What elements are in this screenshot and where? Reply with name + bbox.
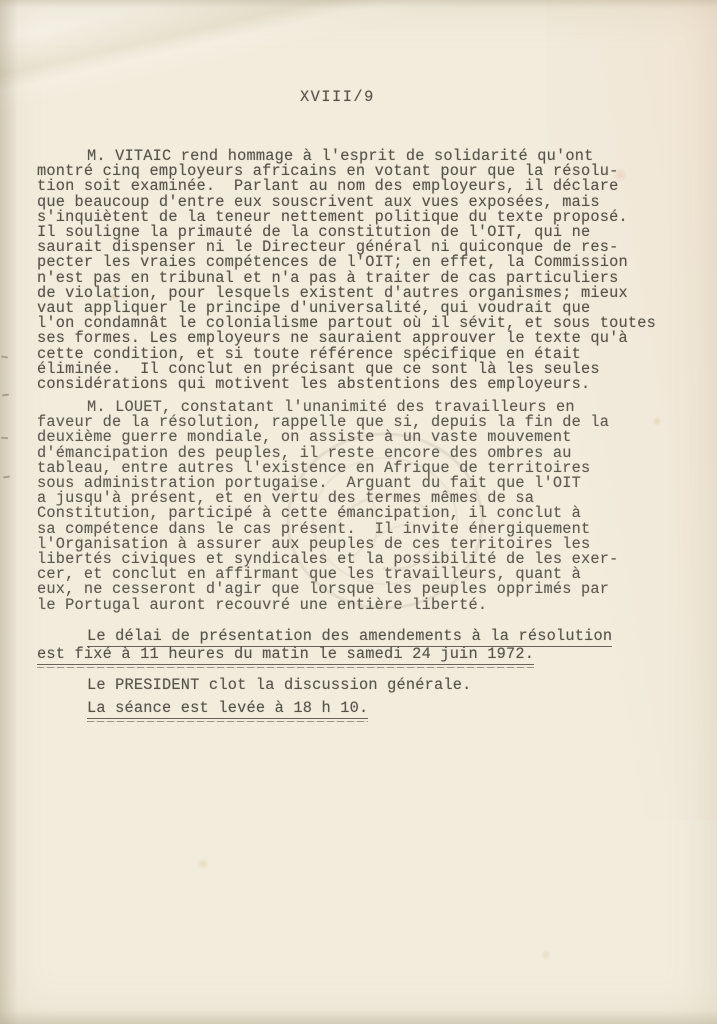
deadline-line-2: est fixé à 11 heures du matin le samedi … — [37, 647, 697, 662]
underlined-text: Le délai de présentation des amendements… — [87, 627, 612, 647]
paper-fold-highlight — [0, 0, 544, 160]
paragraph-vitaic: M. VITAIC rend hommage à l'esprit de sol… — [37, 149, 697, 392]
paper-edge-shadow — [0, 1010, 717, 1024]
age-spot — [540, 950, 552, 960]
president-line: Le PRESIDENT clot la discussion générale… — [37, 678, 697, 693]
paper-edge-shadow — [0, 0, 18, 1024]
adjournment-line: La séance est levée à 18 h 10. — [37, 701, 697, 716]
scanned-document-page: XVIII/9 M. VITAIC rend hommage à l'espri… — [0, 0, 717, 1024]
underlined-text: est fixé à 11 heures du matin le samedi … — [37, 645, 534, 665]
paragraph-louet: M. LOUET, constatant l'unanimité des tra… — [37, 400, 697, 613]
underlined-text: La séance est levée à 18 h 10. — [87, 699, 368, 719]
page-number: XVIII/9 — [300, 88, 375, 106]
age-spot — [196, 858, 210, 870]
deadline-line-1: Le délai de présentation des amendements… — [37, 629, 697, 644]
paper-edge-shadow — [0, 0, 717, 8]
